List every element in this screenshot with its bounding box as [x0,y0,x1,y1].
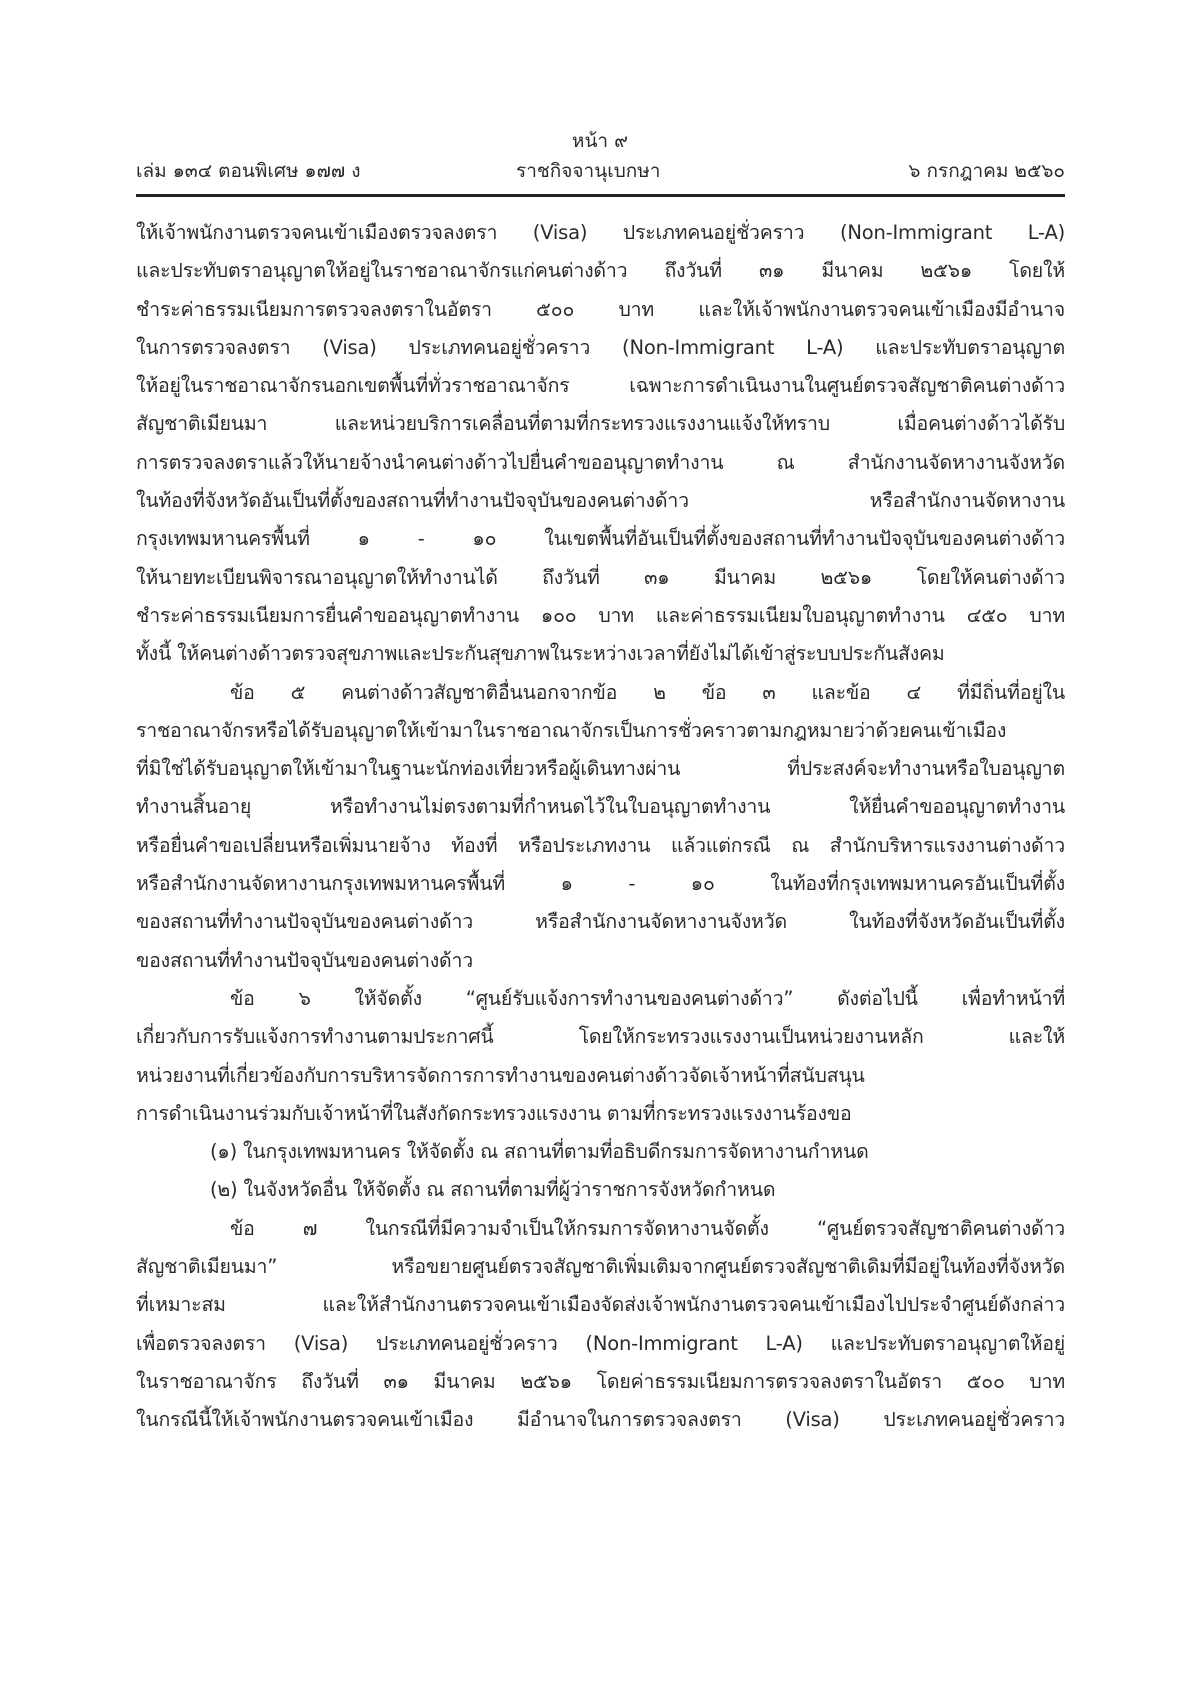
header-rule [136,194,1065,197]
body-line: ในการตรวจลงตรา (Visa) ประเภทคนอยู่ชั่วคร… [136,329,1065,367]
body-line: ให้อยู่ในราชอาณาจักรนอกเขตพื้นที่ทั่วราช… [136,367,1065,405]
body-line: ทำงานสิ้นอายุ หรือทำงานไม่ตรงตามที่กำหนด… [136,788,1065,826]
body-line: ราชอาณาจักรหรือได้รับอนุญาตให้เข้ามาในรา… [136,712,1065,750]
body-line: ชำระค่าธรรมเนียมการตรวจลงตราในอัตรา ๕๐๐ … [136,291,1065,329]
body-line: ให้นายทะเบียนพิจารณาอนุญาตให้ทำงานได้ ถึ… [136,559,1065,597]
body-line: กรุงเทพมหานครพื้นที่ ๑ - ๑๐ ในเขตพื้นที่… [136,520,1065,558]
body-line: หรือสำนักงานจัดหางานกรุงเทพมหานครพื้นที่… [136,865,1065,903]
page-number: หน้า ๙ [0,126,1200,156]
body-line: ของสถานที่ทำงานปัจจุบันของคนต่างด้าว หรื… [136,903,1065,941]
section-6-start: ข้อ ๖ ให้จัดตั้ง “ศูนย์รับแจ้งการทำงานขอ… [136,980,1065,1018]
volume-issue: เล่ม ๑๓๔ ตอนพิเศษ ๑๗๗ ง [136,156,361,186]
body-line: เพื่อตรวจลงตรา (Visa) ประเภทคนอยู่ชั่วคร… [136,1325,1065,1363]
publication-date: ๖ กรกฎาคม ๒๕๖๐ [908,156,1065,186]
list-item-1: (๑) ในกรุงเทพมหานคร ให้จัดตั้ง ณ สถานที่… [136,1133,1065,1171]
section-7-start: ข้อ ๗ ในกรณีที่มีความจำเป็นให้กรมการจัดห… [136,1210,1065,1248]
body-line: สัญชาติเมียนมา และหน่วยบริการเคลื่อนที่ต… [136,405,1065,443]
body-line: เกี่ยวกับการรับแจ้งการทำงานตามประกาศนี้ … [136,1018,1065,1056]
body-line: สัญชาติเมียนมา” หรือขยายศูนย์ตรวจสัญชาติ… [136,1248,1065,1286]
body-line: ให้เจ้าพนักงานตรวจคนเข้าเมืองตรวจลงตรา (… [136,214,1065,252]
body-line: ในกรณีนี้ให้เจ้าพนักงานตรวจคนเข้าเมือง ม… [136,1401,1065,1439]
body-line: ทั้งนี้ ให้คนต่างด้าวตรวจสุขภาพและประกัน… [136,635,1065,673]
body-line: หน่วยงานที่เกี่ยวข้องกับการบริหารจัดการก… [136,1057,1065,1095]
body-line: การดำเนินงานร่วมกับเจ้าหน้าที่ในสังกัดกร… [136,1095,1065,1133]
body-line: ที่เหมาะสม และให้สำนักงานตรวจคนเข้าเมือง… [136,1286,1065,1324]
list-item-2: (๒) ในจังหวัดอื่น ให้จัดตั้ง ณ สถานที่ตา… [136,1171,1065,1209]
body-line: หรือยื่นคำขอเปลี่ยนหรือเพิ่มนายจ้าง ท้อง… [136,827,1065,865]
body-line: ในราชอาณาจักร ถึงวันที่ ๓๑ มีนาคม ๒๕๖๑ โ… [136,1363,1065,1401]
body-line: การตรวจลงตราแล้วให้นายจ้างนำคนต่างด้าวไป… [136,444,1065,482]
body-line: ในท้องที่จังหวัดอันเป็นที่ตั้งของสถานที่… [136,482,1065,520]
body-line: ที่มิใช่ได้รับอนุญาตให้เข้ามาในฐานะนักท่… [136,750,1065,788]
gazette-header: เล่ม ๑๓๔ ตอนพิเศษ ๑๗๗ ง ราชกิจจานุเบกษา … [136,156,1065,186]
body-line: ของสถานที่ทำงานปัจจุบันของคนต่างด้าว [136,942,1065,980]
body-line: ชำระค่าธรรมเนียมการยื่นคำขออนุญาตทำงาน ๑… [136,597,1065,635]
publication-name: ราชกิจจานุเบกษา [516,156,660,186]
document-body: ให้เจ้าพนักงานตรวจคนเข้าเมืองตรวจลงตรา (… [136,214,1065,1440]
section-5-start: ข้อ ๕ คนต่างด้าวสัญชาติอื่นนอกจากข้อ ๒ ข… [136,674,1065,712]
body-line: และประทับตราอนุญาตให้อยู่ในราชอาณาจักรแก… [136,252,1065,290]
